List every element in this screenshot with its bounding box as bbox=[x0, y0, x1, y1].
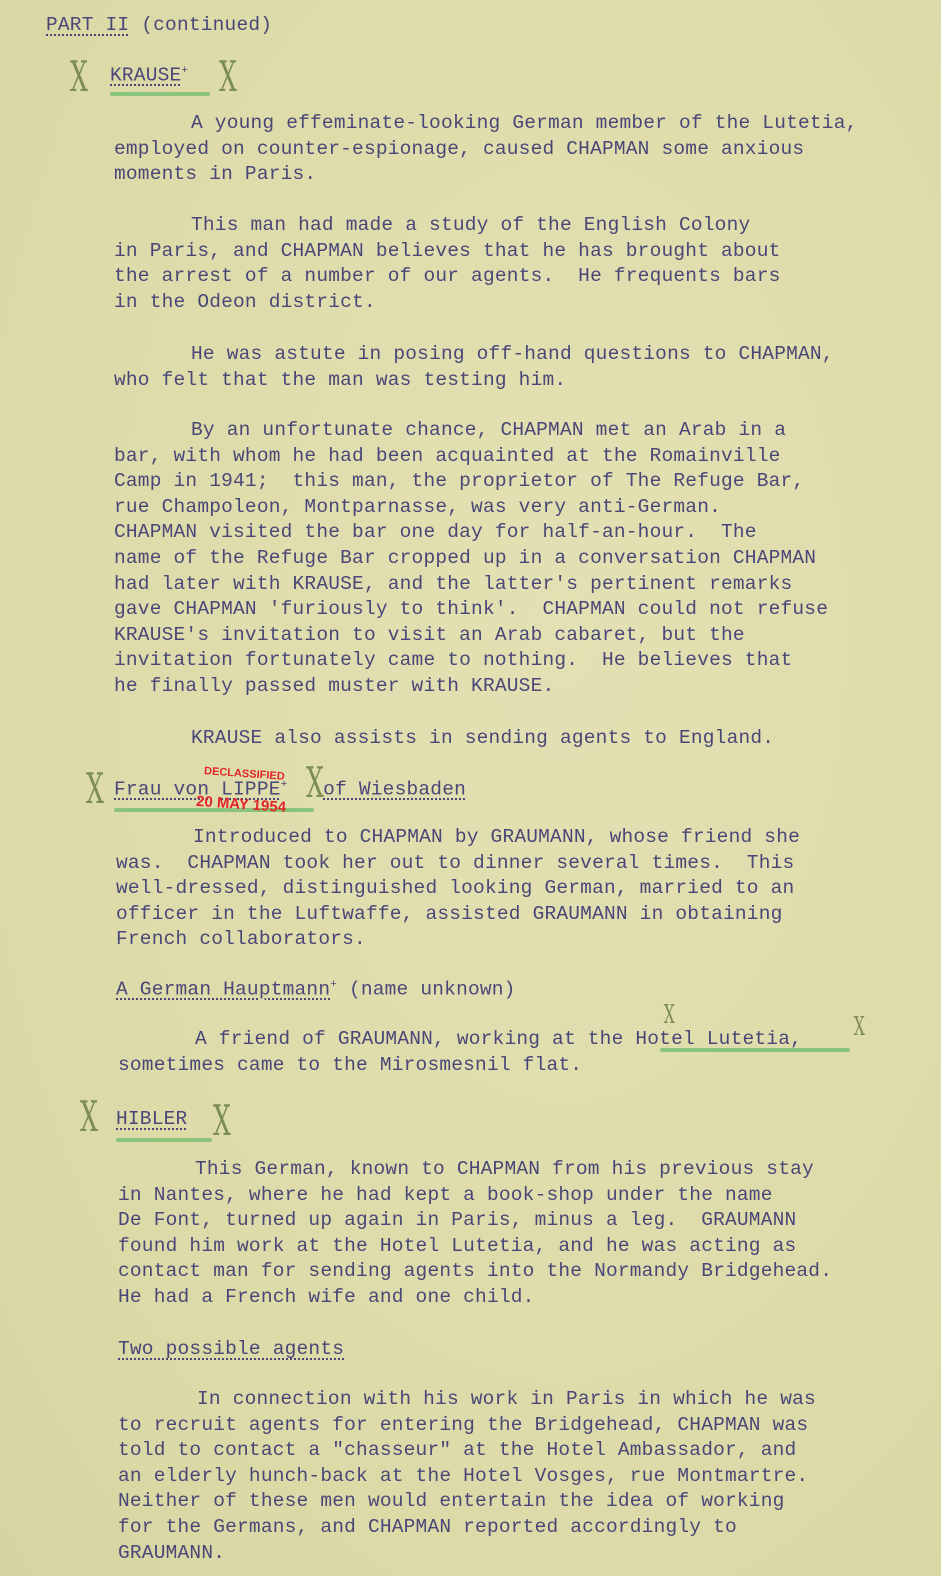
text-line: gave CHAPMAN 'furiously to think'. CHAPM… bbox=[114, 600, 828, 620]
text-line: contact man for sending agents into the … bbox=[118, 1262, 832, 1282]
part-label: PART II bbox=[46, 14, 129, 36]
text-line: In connection with his work in Paris in … bbox=[197, 1390, 816, 1410]
text-line: found him work at the Hotel Lutetia, and… bbox=[118, 1237, 796, 1257]
text-line: an elderly hunch-back at the Hotel Vosge… bbox=[118, 1467, 808, 1487]
pencil-cross-mark: X bbox=[70, 56, 88, 98]
text-line: Camp in 1941; this man, the proprietor o… bbox=[114, 472, 804, 492]
text-line: for the Germans, and CHAPMAN reported ac… bbox=[118, 1518, 737, 1538]
pencil-cross-mark: X bbox=[219, 56, 237, 98]
section-title-hauptmann: A German Hauptmann+ (name unknown) bbox=[116, 980, 516, 1000]
text-line: He was astute in posing off-hand questio… bbox=[191, 345, 834, 365]
text-line: the arrest of a number of our agents. He… bbox=[114, 267, 781, 287]
title-text: A German Hauptmann bbox=[116, 979, 330, 1001]
green-highlight bbox=[116, 1138, 212, 1142]
title-text: HIBLER bbox=[116, 1108, 187, 1130]
text-line: KRAUSE also assists in sending agents to… bbox=[191, 729, 774, 749]
text-line: A young effeminate-looking German member… bbox=[191, 114, 858, 134]
text-line: GRAUMANN. bbox=[118, 1544, 225, 1564]
text-line: bar, with whom he had been acquainted at… bbox=[114, 447, 781, 467]
document-page: PART II (continued) X KRAUSE+ X A young … bbox=[0, 0, 941, 1576]
title-suffix: of Wiesbaden bbox=[323, 779, 466, 801]
text-line: Introduced to CHAPMAN by GRAUMANN, whose… bbox=[193, 828, 800, 848]
text-line: he finally passed muster with KRAUSE. bbox=[114, 677, 554, 697]
text-line: had later with KRAUSE, and the latter's … bbox=[114, 575, 792, 595]
text-line: in the Odeon district. bbox=[114, 293, 376, 313]
green-highlight bbox=[660, 1048, 850, 1052]
pencil-cross-mark: X bbox=[80, 1096, 98, 1138]
text-line: CHAPMAN visited the bar one day for half… bbox=[114, 523, 757, 543]
text-line: was. CHAPMAN took her out to dinner seve… bbox=[116, 854, 794, 874]
continued-label: (continued) bbox=[141, 14, 272, 36]
section-title-hibler: HIBLER bbox=[116, 1110, 187, 1130]
text-line: KRAUSE's invitation to visit an Arab cab… bbox=[114, 626, 745, 646]
title-mark: + bbox=[181, 65, 188, 77]
green-highlight bbox=[110, 92, 210, 96]
text-line: moments in Paris. bbox=[114, 165, 316, 185]
text-line: officer in the Luftwaffe, assisted GRAUM… bbox=[116, 905, 783, 925]
pencil-tick-mark: X bbox=[854, 1014, 865, 1040]
title-prefix: Frau von bbox=[114, 779, 209, 801]
part-header: PART II (continued) bbox=[46, 16, 272, 36]
text-line: De Font, turned up again in Paris, minus… bbox=[118, 1211, 796, 1231]
section-title-two-agents: Two possible agents bbox=[118, 1340, 344, 1360]
text-line: Neither of these men would entertain the… bbox=[118, 1492, 785, 1512]
text-line: sometimes came to the Mirosmesnil flat. bbox=[118, 1056, 582, 1076]
text-line: This man had made a study of the English… bbox=[191, 216, 750, 236]
text-line: rue Champoleon, Montparnasse, was very a… bbox=[114, 498, 721, 518]
text-line: to recruit agents for entering the Bridg… bbox=[118, 1416, 808, 1436]
pencil-tick-mark: X bbox=[664, 1002, 675, 1028]
text-line: well-dressed, distinguished looking Germ… bbox=[116, 879, 794, 899]
text-line: This German, known to CHAPMAN from his p… bbox=[195, 1160, 814, 1180]
section-title-lippe: Frau von LIPPE+ of Wiesbaden bbox=[114, 780, 466, 800]
title-text: Two possible agents bbox=[118, 1338, 344, 1360]
text-line: A friend of GRAUMANN, working at the Hot… bbox=[195, 1030, 802, 1050]
pencil-cross-mark: X bbox=[213, 1100, 231, 1142]
title-suffix: (name unknown) bbox=[349, 979, 516, 1001]
text-line: name of the Refuge Bar cropped up in a c… bbox=[114, 549, 816, 569]
text-line: employed on counter-espionage, caused CH… bbox=[114, 140, 804, 160]
section-title-krause: KRAUSE+ bbox=[110, 66, 188, 86]
text-line: French collaborators. bbox=[116, 930, 366, 950]
pencil-cross-mark: X bbox=[86, 768, 104, 810]
text-line: in Nantes, where he had kept a book-shop… bbox=[118, 1186, 773, 1206]
pencil-cross-mark: X bbox=[306, 762, 324, 804]
text-line: invitation fortunately came to nothing. … bbox=[114, 651, 792, 671]
title-mark: + bbox=[330, 979, 337, 991]
text-line: By an unfortunate chance, CHAPMAN met an… bbox=[191, 421, 786, 441]
text-line: He had a French wife and one child. bbox=[118, 1288, 535, 1308]
text-line: who felt that the man was testing him. bbox=[114, 371, 566, 391]
text-line: in Paris, and CHAPMAN believes that he h… bbox=[114, 242, 781, 262]
title-text: KRAUSE bbox=[110, 65, 181, 87]
text-line: told to contact a "chasseur" at the Hote… bbox=[118, 1441, 796, 1461]
